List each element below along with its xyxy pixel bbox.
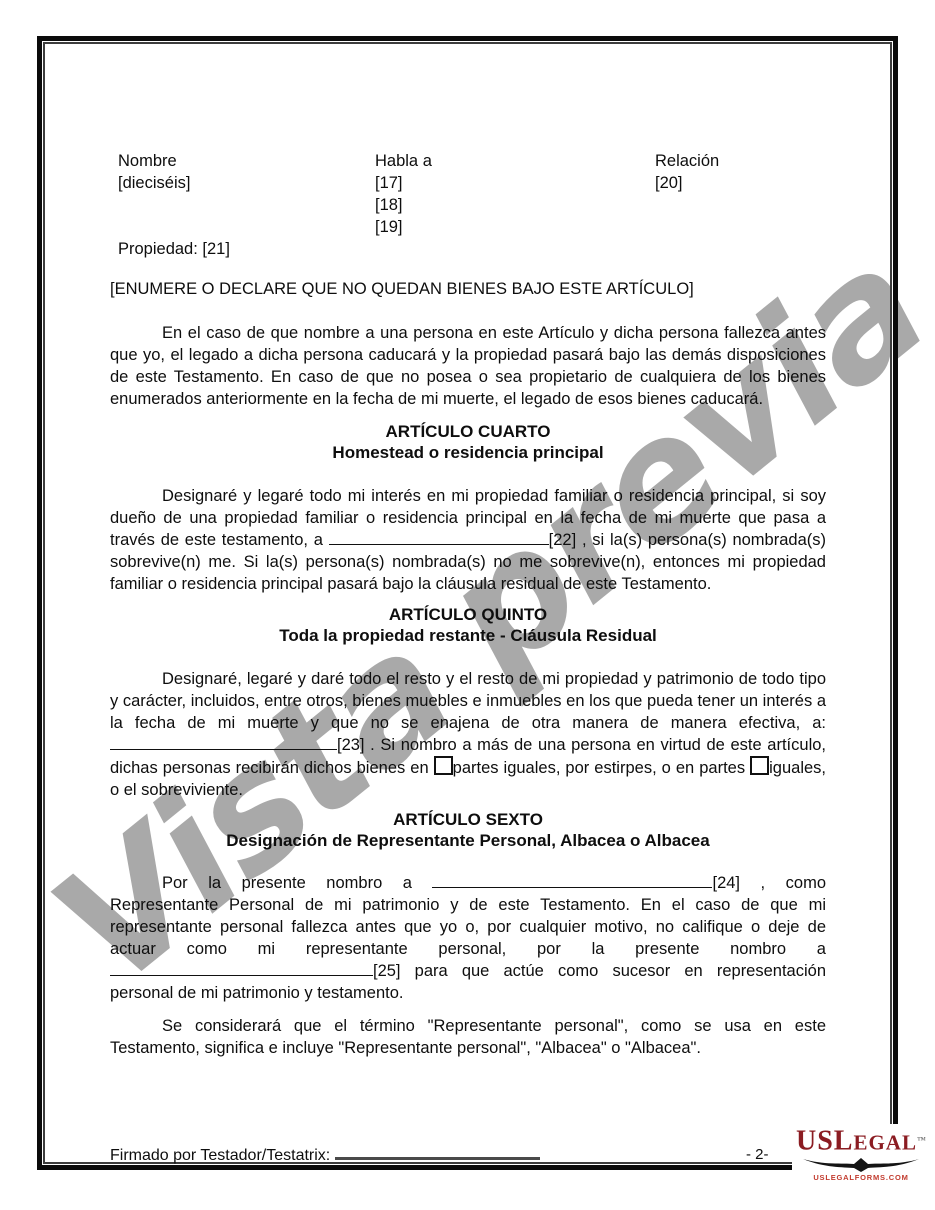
table-cell: [19] [375,216,655,238]
paragraph-residual-clause: Designaré, legaré y daré todo el resto y… [110,668,826,801]
beneficiaries-table: Nombre [dieciséis] Habla a [17] [18] [19… [110,150,826,238]
checkbox-partes-iguales[interactable] [434,756,453,775]
blank-field-23[interactable] [110,734,337,750]
article-sixth-heading: ARTÍCULO SEXTO Designación de Representa… [110,809,826,851]
property-line: Propiedad: [21] [110,238,826,260]
logo-text-small: EGAL [853,1130,917,1154]
table-cell: [18] [375,194,655,216]
paragraph-text: Por la presente nombro a [162,874,432,892]
field-tag-24: [24] [712,874,740,892]
enumerate-notice: [ENUMERE O DECLARE QUE NO QUEDAN BIENES … [110,278,826,300]
field-tag-25: [25] [373,962,401,980]
uslegalforms-tagline: USLEGALFORMS.COM [792,1173,930,1182]
paragraph-lapse-clause: En el caso de que nombre a una persona e… [110,322,826,410]
field-tag-22: [22] [549,531,577,549]
blank-field-24[interactable] [432,872,712,888]
uslegal-logo: USLEGAL™ USLEGALFORMS.COM [792,1124,930,1183]
column-header-nombre: Nombre [118,150,375,172]
signed-by-label: Firmado por Testador/Testatrix: [110,1147,330,1164]
column-nombre: Nombre [dieciséis] [110,150,375,238]
paragraph-personal-representative: Por la presente nombro a [24] , como Rep… [110,872,826,1004]
article-fourth-heading: ARTÍCULO CUARTO Homestead o residencia p… [110,421,826,463]
paragraph-representative-definition: Se considerará que el término "Represent… [110,1015,826,1059]
uslegal-logo-text: USLEGAL™ [792,1126,930,1159]
document-body: Nombre [dieciséis] Habla a [17] [18] [19… [110,150,826,1059]
column-relacion: Relación [20] [655,150,826,238]
blank-field-25[interactable] [110,960,373,976]
article-subtitle: Homestead o residencia principal [110,442,826,463]
logo-text-large: USL [796,1125,853,1156]
signature-footer: Firmado por Testador/Testatrix: [110,1144,540,1165]
field-tag-23: [23] [337,736,365,754]
checkbox-label: partes iguales, por estirpes, o en parte… [453,759,750,777]
column-header-relacion: Relación [655,150,826,172]
column-habla-a: Habla a [17] [18] [19] [375,150,655,238]
checkbox-iguales[interactable] [750,756,769,775]
paragraph-text: Designaré, legaré y daré todo el resto y… [110,670,826,732]
paragraph-homestead: Designaré y legaré todo mi interés en mi… [110,485,826,595]
testator-signature-line[interactable] [335,1144,540,1160]
blank-field-22[interactable] [329,529,549,545]
article-title: ARTÍCULO QUINTO [110,604,826,625]
table-cell: [dieciséis] [118,172,375,194]
article-title: ARTÍCULO CUARTO [110,421,826,442]
column-header-habla-a: Habla a [375,150,655,172]
table-cell: [17] [375,172,655,194]
article-subtitle: Toda la propiedad restante - Cláusula Re… [110,625,826,646]
article-title: ARTÍCULO SEXTO [110,809,826,830]
article-fifth-heading: ARTÍCULO QUINTO Toda la propiedad restan… [110,604,826,646]
page-number: - 2- [746,1146,769,1163]
table-cell: [20] [655,172,826,194]
article-subtitle: Designación de Representante Personal, A… [110,830,826,851]
trademark-symbol: ™ [917,1135,926,1145]
